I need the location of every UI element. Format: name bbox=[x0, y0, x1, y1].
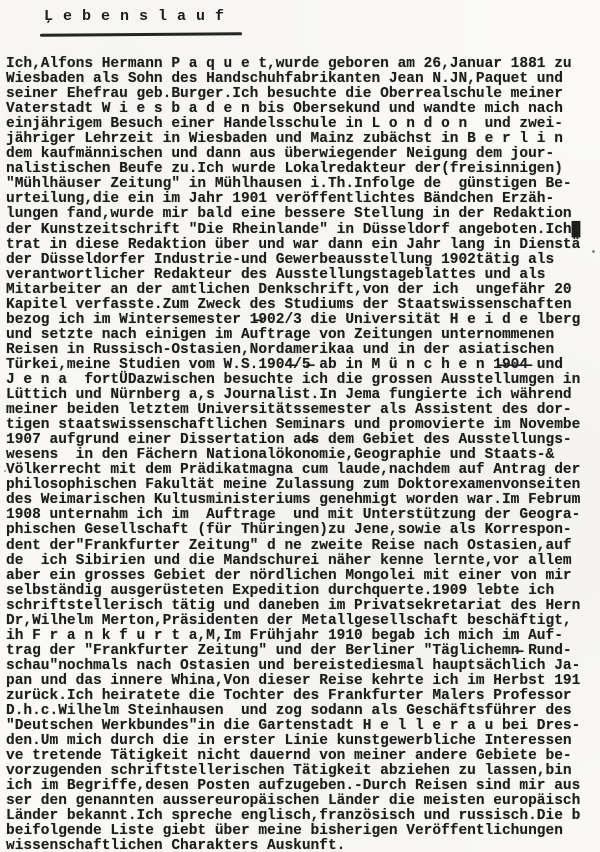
document-title: Ļ e b e n s l a u f bbox=[44, 8, 225, 25]
text-line: schriftstellerisch tätig und daneben im … bbox=[6, 599, 598, 614]
text-line: verantwortlicher Redakteur des Ausstellu… bbox=[6, 268, 598, 283]
text-line: einjährigem Besuch einer Handelsschule i… bbox=[6, 117, 598, 132]
title-underline bbox=[40, 32, 242, 36]
text-line: trag der "Frankfurter Zeitung" und der B… bbox=[6, 644, 598, 659]
text-line: "Deutschen Werkbundes"in die Gartenstadt… bbox=[6, 719, 598, 734]
text-line: seiner Ehefrau geb.Burger.Ich besuchte d… bbox=[6, 87, 598, 102]
text-line: de ich Sibirien und die Mandschurei nähe… bbox=[6, 554, 598, 569]
document-body: Ich,Alfons Hermann P a q u e t,wurde geb… bbox=[6, 57, 598, 852]
text-line: den.Um mich durch die in erster Linie ku… bbox=[6, 734, 598, 749]
text-line: 1907 aufgrund einer Dissertation ad̶s de… bbox=[6, 433, 598, 448]
text-line: phischen Gesellschaft (für Thüringen)zu … bbox=[6, 523, 598, 538]
text-line: Kapitel verfasste.Zum Zweck des Studiums… bbox=[6, 298, 598, 313]
text-line: wesens in den Fächern Nationalökonomie,G… bbox=[6, 448, 598, 463]
text-line: pan und das innere Whina,Von dieser Reis… bbox=[6, 674, 598, 689]
text-line: selbständig ausgerüsteten Expedition dur… bbox=[6, 584, 598, 599]
text-line: trat in diese Redaktion über und war dan… bbox=[6, 238, 598, 253]
text-line: lungen fand,wurde mir bald eine bessere … bbox=[6, 207, 598, 222]
text-line: ve tretende Tätigkeit nicht dauernd von … bbox=[6, 749, 598, 764]
text-line: Mitarbeiter an der amtlichen Denkschrift… bbox=[6, 283, 598, 298]
text-line: aber ein grosses Gebiet der nördlichen M… bbox=[6, 569, 598, 584]
text-line: bezog ich im Wintersemester 1̶902/3 die … bbox=[6, 313, 598, 328]
text-line: Türkei,meine Studien vom W.S.1904̶/5̶ ab… bbox=[6, 358, 598, 373]
text-line: und setzte nach einigen im Auftrage von … bbox=[6, 328, 598, 343]
scanned-document-page: Ļ e b e n s l a u f Ich,Alfons Hermann P… bbox=[0, 0, 600, 852]
text-line: schau"nochmals nach Ostasien und bereist… bbox=[6, 659, 598, 674]
text-line: zurück.Ich heiratete die Tochter des Fra… bbox=[6, 689, 598, 704]
text-line: Reisen in Russisch-Ostasien,Nordamerikaa… bbox=[6, 343, 598, 358]
text-line: der Kunstzeitschrift "Die Rheinlande" in… bbox=[6, 223, 598, 238]
text-line: der Düsseldorfer Industrie-und Gewerbeau… bbox=[6, 253, 598, 268]
text-line: Vaterstadt W i e s b a d e n bis Obersek… bbox=[6, 102, 598, 117]
text-line: ih F r a n k f u r t a,M,Im Frühjahr 191… bbox=[6, 629, 598, 644]
text-line: Dr,Wilhelm Merton,Präsidenten der Metall… bbox=[6, 614, 598, 629]
scan-speck bbox=[4, 470, 6, 472]
text-line: wissenschaftlichen Charakters Auskunft. bbox=[6, 839, 598, 852]
text-line: J e n a fortÜDazwischen besuchte ich die… bbox=[6, 373, 598, 388]
text-line: dent der"Frankfurter Zeitung" d ne zweit… bbox=[6, 539, 598, 554]
text-line: meiner beiden letztem Universitätssemest… bbox=[6, 403, 598, 418]
text-line: vorzugenden schriftstellerischen Tätigke… bbox=[6, 764, 598, 779]
text-line: tigen staatswissenschaftlichen Seminars … bbox=[6, 418, 598, 433]
text-line: Ich,Alfons Hermann P a q u e t,wurde geb… bbox=[6, 57, 598, 72]
scan-speck bbox=[592, 250, 595, 253]
text-line: Wiesbaden als Sohn des Handschuhfabrikan… bbox=[6, 72, 598, 87]
text-line: Lüttich und Nürnberg a,s Journalist.In J… bbox=[6, 388, 598, 403]
text-line: D.h.c.Wilhelm Steinhausen und zog sodann… bbox=[6, 704, 598, 719]
